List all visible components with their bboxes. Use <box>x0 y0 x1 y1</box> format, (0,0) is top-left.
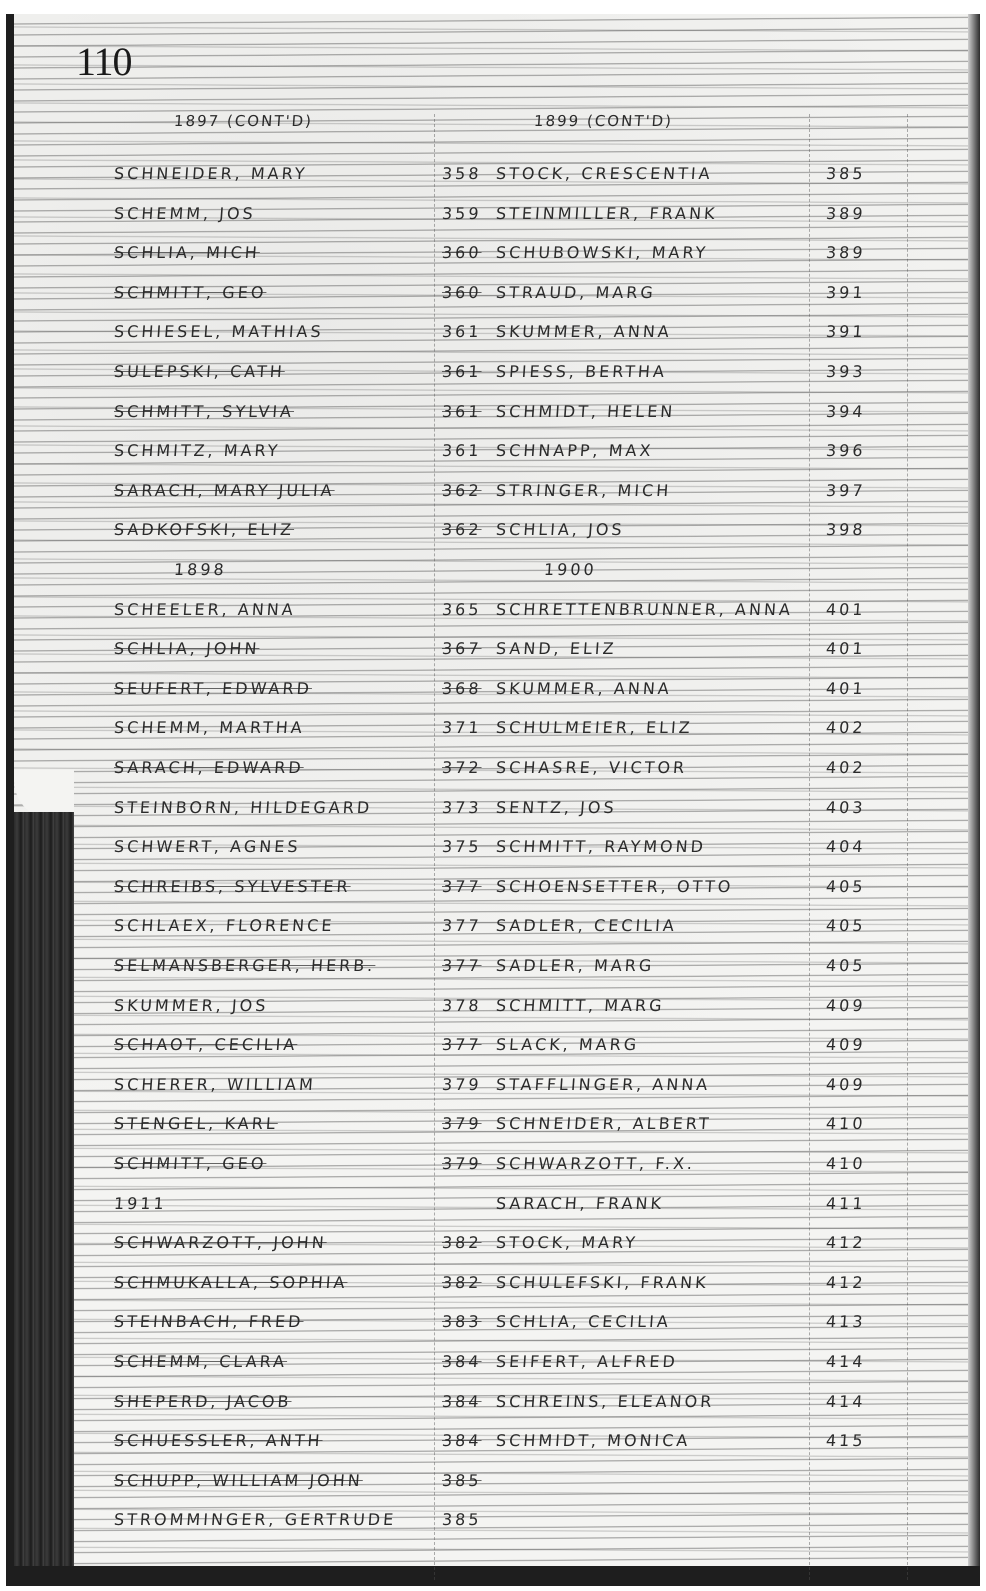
ledger-row: SCHMUKALLA, SOPHIA382SCHULEFSKI, FRANK41… <box>14 1273 980 1311</box>
entry-name-left: SCHEMM, CLARA <box>113 1352 287 1371</box>
ledger-row: SCHLIA, MICH360SCHUBOWSKI, MARY389 <box>14 243 980 281</box>
entry-name-left: SELMANSBERGER, HERB. <box>113 956 376 975</box>
entry-number-right: 412 <box>825 1233 866 1252</box>
entry-name-left: SCHIESEL, MATHIAS <box>113 322 324 341</box>
entry-name-left: SCHMITT, SYLVIA <box>113 402 294 421</box>
entry-name-left: SCHUESSLER, ANTH <box>113 1431 323 1450</box>
ledger-row: STROMMINGER, GERTRUDE385 <box>14 1510 980 1548</box>
entry-number-left: 377 <box>441 916 482 935</box>
entry-name-right: SKUMMER, ANNA <box>495 679 672 698</box>
entry-name-left: SCHUPP, WILLIAM JOHN <box>113 1471 363 1490</box>
ledger-row: SCHMITZ, MARY361SCHNAPP, MAX396 <box>14 441 980 479</box>
entry-name-left: SCHLIA, MICH <box>113 243 260 262</box>
entry-number-right: 409 <box>825 1035 866 1054</box>
ledger-row: SCHREIBS, SYLVESTER377SCHOENSETTER, OTTO… <box>14 877 980 915</box>
entry-number-left: 379 <box>441 1154 482 1173</box>
entry-number-right: 401 <box>825 639 866 658</box>
entry-number-right: 405 <box>825 916 866 935</box>
page-number: 110 <box>76 38 132 85</box>
entry-number-right: 411 <box>825 1194 866 1213</box>
entry-name-left: SCHMITT, GEO <box>113 1154 267 1173</box>
ledger-row: SULEPSKI, CATH361SPIESS, BERTHA393 <box>14 362 980 400</box>
ledger-row: SCHWERT, AGNES375SCHMITT, RAYMOND404 <box>14 837 980 875</box>
column-header-right: 1899 (CONT'D) <box>533 112 673 130</box>
entry-name-left: STEINBORN, HILDEGARD <box>113 798 372 817</box>
entry-number-right: 394 <box>825 402 866 421</box>
entry-name-right: SCHLIA, CECILIA <box>495 1312 671 1331</box>
entry-number-left: 378 <box>441 996 482 1015</box>
entry-number-left: 372 <box>441 758 482 777</box>
entry-name-right: STOCK, MARY <box>495 1233 638 1252</box>
entry-name-left: SARACH, MARY JULIA <box>113 481 335 500</box>
entry-number-right: 397 <box>825 481 866 500</box>
entry-number-left: 375 <box>441 837 482 856</box>
entry-name-left: STENGEL, KARL <box>113 1114 278 1133</box>
entry-number-right: 393 <box>825 362 866 381</box>
ledger-row: SCHLAEX, FLORENCE377SADLER, CECILIA405 <box>14 916 980 954</box>
entry-number-left: 362 <box>441 520 482 539</box>
entry-number-left: 384 <box>441 1392 482 1411</box>
entry-name-left: SKUMMER, JOS <box>113 996 269 1015</box>
ledger-row: SCHMITT, GEO379SCHWARZOTT, F.X.410 <box>14 1154 980 1192</box>
entry-name-right: SCHMIDT, MONICA <box>495 1431 691 1450</box>
entry-name-right: SCHASRE, VICTOR <box>495 758 688 777</box>
entry-number-right: 389 <box>825 204 866 223</box>
entry-name-right: STRINGER, MICH <box>495 481 672 500</box>
entry-name-left: SCHEELER, ANNA <box>113 600 296 619</box>
entry-number-right: 414 <box>825 1392 866 1411</box>
entry-number-left: 373 <box>441 798 482 817</box>
ledger-row: SARACH, MARY JULIA362STRINGER, MICH397 <box>14 481 980 519</box>
entry-name-right: SCHLIA, JOS <box>495 520 625 539</box>
entry-number-left: 385 <box>441 1471 482 1490</box>
entry-name-left: 1898 <box>173 560 227 579</box>
entry-name-left: SARACH, EDWARD <box>113 758 304 777</box>
entry-name-right: SAND, ELIZ <box>495 639 617 658</box>
entry-name-right: SKUMMER, ANNA <box>495 322 672 341</box>
entry-number-right: 402 <box>825 718 866 737</box>
entry-name-right: SARACH, FRANK <box>495 1194 664 1213</box>
entry-name-right: SCHMIDT, HELEN <box>495 402 676 421</box>
entry-number-right: 412 <box>825 1273 866 1292</box>
entry-name-right: SCHMITT, RAYMOND <box>495 837 706 856</box>
ledger-row: SCHUPP, WILLIAM JOHN385 <box>14 1471 980 1509</box>
ledger-row: SCHEMM, MARTHA371SCHULMEIER, ELIZ402 <box>14 718 980 756</box>
entry-name-right: SCHULEFSKI, FRANK <box>495 1273 709 1292</box>
ledger-row: SKUMMER, JOS378SCHMITT, MARG409 <box>14 996 980 1034</box>
entry-name-right: STAFFLINGER, ANNA <box>495 1075 711 1094</box>
entry-name-right: SCHNAPP, MAX <box>495 441 654 460</box>
entry-name-left: SHEPERD, JACOB <box>113 1392 292 1411</box>
entry-name-left: SCHLAEX, FLORENCE <box>113 916 335 935</box>
entry-name-left: SULEPSKI, CATH <box>113 362 285 381</box>
ledger-row: SCHEELER, ANNA365SCHRETTENBRUNNER, ANNA4… <box>14 600 980 638</box>
entry-number-right: 389 <box>825 243 866 262</box>
ledger-row: SCHLIA, JOHN367SAND, ELIZ401 <box>14 639 980 677</box>
ledger-row: SCHUESSLER, ANTH384SCHMIDT, MONICA415 <box>14 1431 980 1469</box>
entry-number-left: 377 <box>441 877 482 896</box>
entry-number-left: 361 <box>441 441 482 460</box>
entry-name-left: SCHLIA, JOHN <box>113 639 260 658</box>
entry-number-left: 377 <box>441 956 482 975</box>
ledger-row: SCHNEIDER, MARY358STOCK, CRESCENTIA385 <box>14 164 980 202</box>
entry-name-left: SADKOFSKI, ELIZ <box>113 520 294 539</box>
entry-number-right: 404 <box>825 837 866 856</box>
entry-name-left: SEUFERT, EDWARD <box>113 679 312 698</box>
ledger-row: SCHERER, WILLIAM379STAFFLINGER, ANNA409 <box>14 1075 980 1113</box>
entry-name-left: SCHMITT, GEO <box>113 283 267 302</box>
entry-name-right: STEINMILLER, FRANK <box>495 204 718 223</box>
ledger-row: SADKOFSKI, ELIZ362SCHLIA, JOS398 <box>14 520 980 558</box>
entry-number-left: 382 <box>441 1273 482 1292</box>
entry-number-right: 401 <box>825 600 866 619</box>
entry-number-left: 367 <box>441 639 482 658</box>
entry-number-right: 402 <box>825 758 866 777</box>
entry-name-left: SCHWARZOTT, JOHN <box>113 1233 327 1252</box>
entry-number-right: 385 <box>825 164 866 183</box>
entry-number-right: 409 <box>825 996 866 1015</box>
entry-name-right: 1900 <box>543 560 597 579</box>
entry-number-left: 384 <box>441 1431 482 1450</box>
entry-name-right: SCHMITT, MARG <box>495 996 665 1015</box>
entry-name-right: SCHUBOWSKI, MARY <box>495 243 709 262</box>
entry-name-left: SCHEMM, JOS <box>113 204 256 223</box>
ledger-row: 1911SARACH, FRANK411 <box>14 1194 980 1232</box>
entry-name-left: SCHEMM, MARTHA <box>113 718 305 737</box>
entry-name-left: SCHNEIDER, MARY <box>113 164 308 183</box>
entry-name-right: SADLER, MARG <box>495 956 655 975</box>
entry-name-right: SPIESS, BERTHA <box>495 362 667 381</box>
column-header-left: 1897 (CONT'D) <box>173 112 313 130</box>
entry-number-left: 358 <box>441 164 482 183</box>
ledger-row: STENGEL, KARL379SCHNEIDER, ALBERT410 <box>14 1114 980 1152</box>
entry-number-left: 360 <box>441 283 482 302</box>
entry-number-left: 361 <box>441 362 482 381</box>
ledger-row: SCHAOT, CECILIA377SLACK, MARG409 <box>14 1035 980 1073</box>
entry-number-right: 410 <box>825 1154 866 1173</box>
entry-number-right: 391 <box>825 283 866 302</box>
ledger-row: SELMANSBERGER, HERB.377SADLER, MARG405 <box>14 956 980 994</box>
entry-name-left: SCHWERT, AGNES <box>113 837 301 856</box>
ledger-row: SCHMITT, GEO360STRAUD, MARG391 <box>14 283 980 321</box>
entry-number-right: 414 <box>825 1352 866 1371</box>
entry-number-right: 403 <box>825 798 866 817</box>
entry-number-left: 383 <box>441 1312 482 1331</box>
entry-name-left: STEINBACH, FRED <box>113 1312 304 1331</box>
ledger-row: SARACH, EDWARD372SCHASRE, VICTOR402 <box>14 758 980 796</box>
entry-name-left: STROMMINGER, GERTRUDE <box>113 1510 397 1529</box>
entry-number-right: 401 <box>825 679 866 698</box>
entry-name-left: SCHERER, WILLIAM <box>113 1075 316 1094</box>
entry-name-left: 1911 <box>113 1194 167 1213</box>
entry-name-right: SENTZ, JOS <box>495 798 617 817</box>
entry-name-right: SCHULMEIER, ELIZ <box>495 718 693 737</box>
entry-number-right: 415 <box>825 1431 866 1450</box>
entry-name-left: SCHREIBS, SYLVESTER <box>113 877 351 896</box>
entry-name-left: SCHMITZ, MARY <box>113 441 281 460</box>
entry-name-right: SLACK, MARG <box>495 1035 640 1054</box>
entry-number-right: 409 <box>825 1075 866 1094</box>
entry-number-right: 396 <box>825 441 866 460</box>
entry-number-left: 360 <box>441 243 482 262</box>
entry-number-left: 379 <box>441 1075 482 1094</box>
entry-number-left: 362 <box>441 481 482 500</box>
entry-number-right: 398 <box>825 520 866 539</box>
entry-name-right: SCHREINS, ELEANOR <box>495 1392 715 1411</box>
entry-number-left: 379 <box>441 1114 482 1133</box>
ledger-row: STEINBACH, FRED383SCHLIA, CECILIA413 <box>14 1312 980 1350</box>
entry-number-right: 391 <box>825 322 866 341</box>
ledger-row: SCHEMM, JOS359STEINMILLER, FRANK389 <box>14 204 980 242</box>
entry-number-left: 371 <box>441 718 482 737</box>
entry-name-right: SCHRETTENBRUNNER, ANNA <box>495 600 793 619</box>
ledger-row: SCHEMM, CLARA384SEIFERT, ALFRED414 <box>14 1352 980 1390</box>
entry-number-left: 361 <box>441 322 482 341</box>
entry-number-left: 377 <box>441 1035 482 1054</box>
entry-name-left: SCHMUKALLA, SOPHIA <box>113 1273 348 1292</box>
entry-number-right: 405 <box>825 956 866 975</box>
entry-number-left: 384 <box>441 1352 482 1371</box>
ledger-row: SHEPERD, JACOB384SCHREINS, ELEANOR414 <box>14 1392 980 1430</box>
entry-number-left: 368 <box>441 679 482 698</box>
entry-number-left: 382 <box>441 1233 482 1252</box>
entry-name-right: STRAUD, MARG <box>495 283 656 302</box>
entry-number-left: 361 <box>441 402 482 421</box>
entry-number-right: 410 <box>825 1114 866 1133</box>
entry-number-right: 413 <box>825 1312 866 1331</box>
entry-number-left: 359 <box>441 204 482 223</box>
entry-name-right: STOCK, CRESCENTIA <box>495 164 713 183</box>
entry-name-right: SCHWARZOTT, F.X. <box>495 1154 695 1173</box>
entry-number-left: 365 <box>441 600 482 619</box>
ledger-row: SCHIESEL, MATHIAS361SKUMMER, ANNA391 <box>14 322 980 360</box>
entry-number-right: 405 <box>825 877 866 896</box>
year-divider-row: 18981900 <box>14 560 980 598</box>
page-edge-shadow <box>968 14 980 1566</box>
binding-shadow <box>14 812 74 1566</box>
ledger-row: SCHWARZOTT, JOHN382STOCK, MARY412 <box>14 1233 980 1271</box>
entry-name-right: SADLER, CECILIA <box>495 916 677 935</box>
entry-name-right: SCHOENSETTER, OTTO <box>495 877 734 896</box>
ledger-row: STEINBORN, HILDEGARD373SENTZ, JOS403 <box>14 798 980 836</box>
entry-name-left: SCHAOT, CECILIA <box>113 1035 298 1054</box>
entry-name-right: SEIFERT, ALFRED <box>495 1352 678 1371</box>
ledger-row: SEUFERT, EDWARD368SKUMMER, ANNA401 <box>14 679 980 717</box>
entry-name-right: SCHNEIDER, ALBERT <box>495 1114 712 1133</box>
ledger-row: SCHMITT, SYLVIA361SCHMIDT, HELEN394 <box>14 402 980 440</box>
ledger-page: 110 1897 (CONT'D) 1899 (CONT'D) SCHNEIDE… <box>14 14 980 1566</box>
entry-number-left: 385 <box>441 1510 482 1529</box>
